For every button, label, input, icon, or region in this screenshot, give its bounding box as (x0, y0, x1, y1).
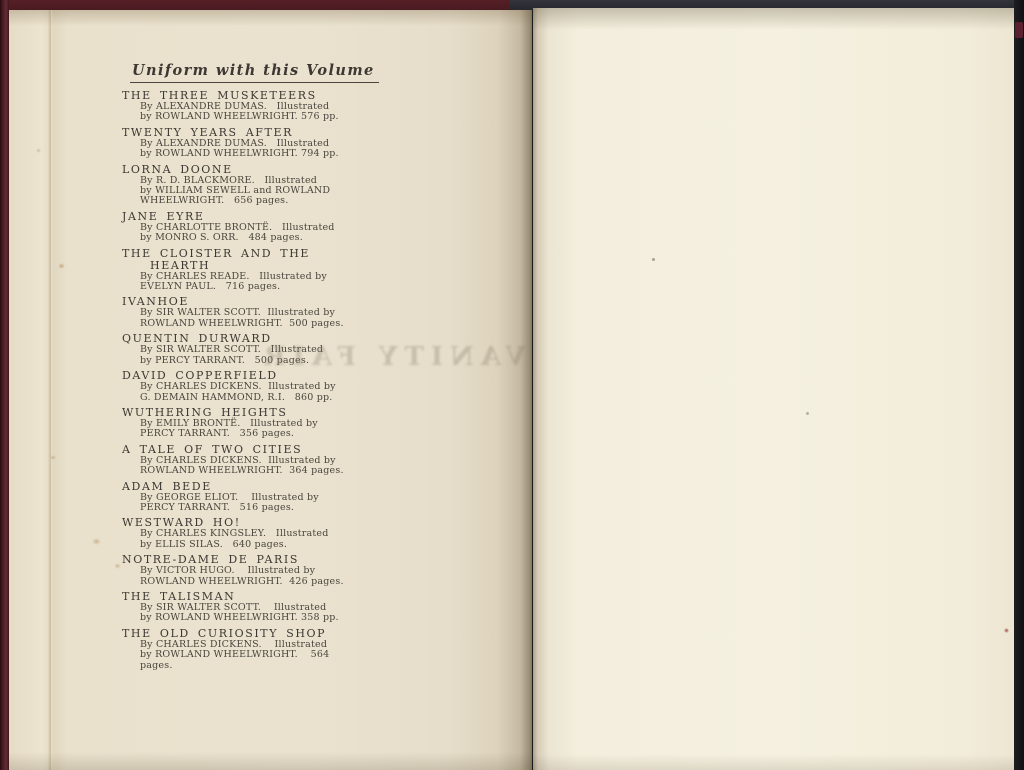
book-entry-detail: By SIR WALTER SCOTT. Illustrated (122, 603, 388, 613)
book-entry-detail: EVELYN PAUL. 716 pages. (122, 282, 388, 292)
book-entry: JANE EYREBy CHARLOTTE BRONTË. Illustrate… (122, 211, 388, 244)
book-entry-detail: by MONRO S. ORR. 484 pages. (122, 233, 388, 243)
book-entry-title: HEARTH (122, 260, 388, 272)
book-entry-detail: ROWLAND WHEELWRIGHT. 500 pages. (122, 319, 388, 329)
ink-speck (1004, 628, 1009, 633)
book-entry: LORNA DOONEBy R. D. BLACKMORE. Illustrat… (122, 164, 388, 207)
book-entry: THE CLOISTER AND THEHEARTHBy CHARLES REA… (122, 248, 388, 293)
book-entry: A TALE OF TWO CITIESBy CHARLES DICKENS. … (122, 444, 388, 477)
book-entry-detail: by PERCY TARRANT. 500 pages. (122, 356, 388, 366)
book-entry-detail: by ROWLAND WHEELWRIGHT. 794 pp. (122, 149, 388, 159)
book-entry-title: THE OLD CURIOSITY SHOP (122, 628, 388, 640)
book-entry-detail: By ALEXANDRE DUMAS. Illustrated (122, 139, 388, 149)
book-entry-detail: ROWLAND WHEELWRIGHT. 426 pages. (122, 577, 388, 587)
book-entry-title: DAVID COPPERFIELD (122, 370, 388, 382)
book-list: THE THREE MUSKETEERSBy ALEXANDRE DUMAS. … (122, 90, 388, 671)
book-entry-detail: By VICTOR HUGO. Illustrated by (122, 566, 388, 576)
open-book-scan: Uniform with this Volume THE THREE MUSKE… (0, 0, 1024, 770)
foxing-spot (114, 563, 121, 569)
book-entry: ADAM BEDEBy GEORGE ELIOT. Illustrated by… (122, 481, 388, 514)
book-cover-left-edge (0, 0, 9, 770)
book-entry-title: JANE EYRE (122, 211, 388, 223)
book-entry-detail: ROWLAND WHEELWRIGHT. 364 pages. (122, 466, 388, 476)
book-entry-title: WESTWARD HO! (122, 517, 388, 529)
book-entry-detail: By ALEXANDRE DUMAS. Illustrated (122, 102, 388, 112)
book-entry-detail: By CHARLES DICKENS. Illustrated by (122, 456, 388, 466)
book-entry-detail: pages. (122, 661, 388, 671)
book-entry-detail: by ROWLAND WHEELWRIGHT. 576 pp. (122, 112, 388, 122)
book-entry-detail: By EMILY BRONTË. Illustrated by (122, 419, 388, 429)
book-cover-right-edge (1014, 0, 1024, 770)
book-entry: QUENTIN DURWARDBy SIR WALTER SCOTT. Illu… (122, 333, 388, 366)
book-entry-detail: By GEORGE ELIOT. Illustrated by (122, 493, 388, 503)
book-entry-detail: By SIR WALTER SCOTT. Illustrated (122, 345, 388, 355)
book-entry-detail: By CHARLOTTE BRONTË. Illustrated (122, 223, 388, 233)
book-entry-title: THE TALISMAN (122, 591, 388, 603)
book-entry-title: QUENTIN DURWARD (122, 333, 388, 345)
book-entry-detail: by WILLIAM SEWELL and ROWLAND (122, 186, 388, 196)
book-entry-title: ADAM BEDE (122, 481, 388, 493)
book-entry-title: THE THREE MUSKETEERS (122, 90, 388, 102)
book-entry: WUTHERING HEIGHTSBy EMILY BRONTË. Illust… (122, 407, 388, 440)
foxing-spot (92, 538, 101, 545)
book-cover-right-corner (1015, 22, 1023, 38)
book-entry-title: LORNA DOONE (122, 164, 388, 176)
book-entry: IVANHOEBy SIR WALTER SCOTT. Illustrated … (122, 296, 388, 329)
foxing-spot (36, 148, 41, 153)
book-entry-title: A TALE OF TWO CITIES (122, 444, 388, 456)
book-entry-detail: By CHARLES READE. Illustrated by (122, 272, 388, 282)
left-page: Uniform with this Volume THE THREE MUSKE… (8, 10, 532, 770)
book-entry-title: THE CLOISTER AND THE (122, 248, 388, 260)
book-entry-title: WUTHERING HEIGHTS (122, 407, 388, 419)
book-entry-title: IVANHOE (122, 296, 388, 308)
foxing-spot (58, 263, 65, 269)
book-entry-title: NOTRE-DAME DE PARIS (122, 554, 388, 566)
right-page-blank (533, 8, 1014, 770)
ink-speck (806, 412, 809, 415)
book-entry: NOTRE-DAME DE PARISBy VICTOR HUGO. Illus… (122, 554, 388, 587)
book-entry-detail: WHEELWRIGHT. 656 pages. (122, 196, 388, 206)
show-through-text: VANITY FAIR (257, 342, 526, 372)
foxing-spot (50, 455, 56, 460)
book-entry-detail: By SIR WALTER SCOTT. Illustrated by (122, 308, 388, 318)
book-entry-detail: G. DEMAIN HAMMOND, R.I. 860 pp. (122, 393, 388, 403)
book-entry-detail: By R. D. BLACKMORE. Illustrated (122, 176, 388, 186)
page-title: Uniform with this Volume (130, 62, 379, 83)
book-entry-title: TWENTY YEARS AFTER (122, 127, 388, 139)
book-entry: THE THREE MUSKETEERSBy ALEXANDRE DUMAS. … (122, 90, 388, 123)
book-entry: THE TALISMANBy SIR WALTER SCOTT. Illustr… (122, 591, 388, 624)
uniform-list-content: Uniform with this Volume THE THREE MUSKE… (122, 60, 388, 675)
ink-speck (652, 258, 655, 261)
book-entry: WESTWARD HO!By CHARLES KINGSLEY. Illustr… (122, 517, 388, 550)
book-entry-detail: by ELLIS SILAS. 640 pages. (122, 540, 388, 550)
book-entry-detail: By CHARLES DICKENS. Illustrated by (122, 382, 388, 392)
book-entry-detail: By CHARLES DICKENS. Illustrated (122, 640, 388, 650)
book-entry-detail: by ROWLAND WHEELWRIGHT. 358 pp. (122, 613, 388, 623)
endpaper-crease (48, 10, 52, 770)
book-entry-detail: PERCY TARRANT. 516 pages. (122, 503, 388, 513)
book-entry-detail: By CHARLES KINGSLEY. Illustrated (122, 529, 388, 539)
book-entry: DAVID COPPERFIELDBy CHARLES DICKENS. Ill… (122, 370, 388, 403)
book-entry-detail: by ROWLAND WHEELWRIGHT. 564 (122, 650, 388, 660)
book-entry: THE OLD CURIOSITY SHOPBy CHARLES DICKENS… (122, 628, 388, 671)
book-entry-detail: PERCY TARRANT. 356 pages. (122, 429, 388, 439)
book-entry: TWENTY YEARS AFTERBy ALEXANDRE DUMAS. Il… (122, 127, 388, 160)
